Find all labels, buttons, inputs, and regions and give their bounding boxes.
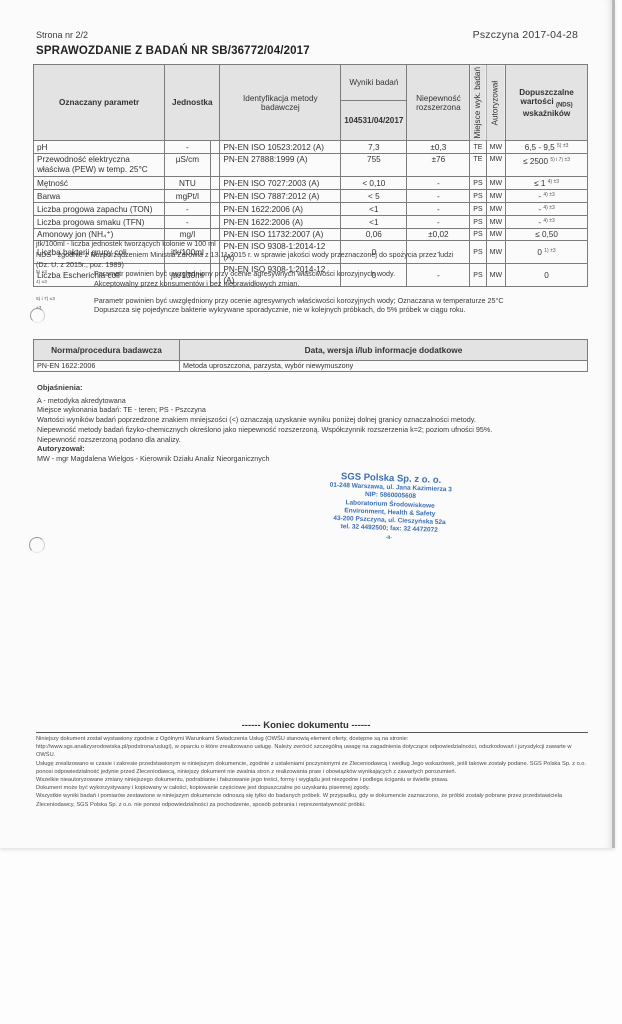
explanation-line: Miejsce wykonania badań: TE - teren; PS … [37,405,597,415]
limits-label-3: wskaźników [509,109,584,118]
explanation-line: Niepewność metody badań fizyko-chemiczny… [37,425,597,435]
table-row: MętnośćNTUPN-EN ISO 7027:2003 (A)< 0,10-… [34,177,588,190]
cell-limit: 6,5 - 9,5 5) ±3 [506,141,588,154]
cell-method: PN-EN 27888:1999 (A) [220,154,341,177]
footnote: 4) ±3Akceptowalny przez konsumentów i be… [36,279,596,288]
cell-uncertainty: - [407,177,470,190]
nds-note-2: (Dz. U. z 2015r., poz. 1989) [36,260,596,269]
cell-uncertainty: ±76 [407,154,470,177]
scanned-page: Strona nr 2/2 Pszczyna 2017-04-28 SPRAWO… [0,0,615,848]
table-row: BarwamgPt/lPN-EN ISO 7887:2012 (A)< 5-PS… [34,190,588,203]
header-authorized: Autoryzował [486,65,505,141]
limits-label-1: Dopuszczalne [509,88,584,97]
cell-uncertainty: ±0,3 [407,141,470,154]
footnote-ref: 4) ±3 [543,218,554,224]
cell-unit: - [165,203,210,216]
cell-limit: - 4) ±3 [506,203,588,216]
cell-place: PS [470,203,486,216]
divider [36,732,588,733]
end-of-document: ------ Koniec dokumentu ------ [0,720,612,731]
cell-parameter: Liczba progowa smaku (TFN) [34,216,165,229]
header-place: Miejsce wyk. badań [470,65,486,141]
cell-result: 7,3 [341,141,407,154]
company-stamp: SGS Polska Sp. z o. o. 01-248 Warszawa, … [299,470,482,546]
authorized-by: MW - mgr Magdalena Wielgos - Kierownik D… [37,454,597,464]
page-number: Strona nr 2/2 [36,30,88,40]
table-row: pH-PN-EN ISO 10523:2012 (A)7,3±0,3TEMW6,… [34,141,588,154]
cell-spacer [210,190,220,203]
cell-place: TE [470,154,486,177]
punch-hole-icon [30,308,45,323]
cell-spacer [210,154,220,177]
cell-uncertainty: - [407,203,470,216]
footnote: ±3Dopuszcza się pojedyncze bakterie wykr… [36,305,596,314]
table-row: PN-EN 1622:2006 Metoda uproszczona, parz… [34,361,588,372]
cell-method: PN-EN 1622:2006 (A) [220,203,341,216]
procedure-table: Norma/procedura badawcza Data, wersja i/… [33,339,588,372]
cell-authorized: MW [486,203,505,216]
cell-authorized: MW [486,154,505,177]
table-row: Liczba progowa zapachu (TON)-PN-EN 1622:… [34,203,588,216]
cell-place: TE [470,141,486,154]
cell-result: <1 [341,216,407,229]
table-row: Przewodność elektryczna właściwa (PEW) w… [34,154,588,177]
cell-limit: ≤ 2500 5) i 7) ±3 [506,154,588,177]
footnote-ref: 4) ±3 [543,192,554,198]
nds-note-1: NDS - zgodnie z Rozporządzeniem Ministra… [36,250,596,259]
cell-method: PN-EN ISO 7027:2003 (A) [220,177,341,190]
header-sample-id: 104531/04/2017 [341,100,407,141]
explanation-line: Wartości wyników badań poprzedzone znaki… [37,415,597,425]
cell-result: < 0,10 [341,177,407,190]
limits-label-2: wartości (NDS) [509,97,584,109]
cell-unit: µS/cm [165,154,210,177]
cfu-note: jtk/100ml - liczba jednostek tworzących … [36,239,596,248]
notes-block: jtk/100ml - liczba jednostek tworzących … [36,239,596,315]
proc-header-info: Data, wersja i/lub informacje dodatkowe [180,340,588,361]
footnote-ref: 4) ±3 [548,179,559,185]
footnote: 5) i 7) ±3Parametr powinien być uwzględn… [36,296,596,305]
footnote: 5) ±3Parametr powinien być uwzględniony … [36,269,596,278]
cell-method: PN-EN ISO 7887:2012 (A) [220,190,341,203]
header-uncertainty: Niepewność rozszerzona [407,65,470,141]
cell-place: PS [470,216,486,229]
legal-line: http://www.sgs.analizysrodowiska.pl/pods… [36,743,588,759]
table-row: Liczba progowa smaku (TFN)-PN-EN 1622:20… [34,216,588,229]
cell-unit: - [165,216,210,229]
legal-line: Usługę zrealizowano w czasie i zakresie … [36,760,588,776]
cell-method: PN-EN ISO 10523:2012 (A) [220,141,341,154]
cell-spacer [210,203,220,216]
cell-limit: ≤ 1 4) ±3 [506,177,588,190]
footnote-ref: 4) ±3 [543,205,554,211]
punch-hole-icon [29,537,45,553]
cell-place: PS [470,190,486,203]
header-method: Identyfikacja metody badawczej [220,65,341,141]
cell-authorized: MW [486,190,505,203]
header-unit: Jednostka [165,65,220,141]
explanation-line: A - metodyka akredytowana [37,396,597,406]
proc-norm: PN-EN 1622:2006 [34,361,180,372]
footnote-ref: 5) ±3 [557,143,568,149]
cell-result: <1 [341,203,407,216]
cell-uncertainty: - [407,190,470,203]
cell-result: < 5 [341,190,407,203]
cell-unit: - [165,141,210,154]
cell-authorized: MW [486,177,505,190]
cell-place: PS [470,177,486,190]
header-parameter: Oznaczany parametr [34,65,165,141]
cell-unit: mgPt/l [165,190,210,203]
cell-spacer [210,216,220,229]
cell-parameter: Barwa [34,190,165,203]
cell-unit: NTU [165,177,210,190]
legal-line: Niniejszy dokument został wystawiony zgo… [36,735,588,743]
proc-info: Metoda uproszczona, parzysta, wybór niew… [180,361,588,372]
legal-line: Wszystkie wyniki badań i pomiarów zestaw… [36,792,588,808]
cell-spacer [210,177,220,190]
header-limits: Dopuszczalne wartości (NDS) wskaźników [506,65,588,141]
legal-line: Dokument może być wykorzystywany i kopio… [36,784,588,792]
place-date: Pszczyna 2017-04-28 [473,29,578,41]
explanations-heading: Objaśnienia: [37,383,597,393]
cell-parameter: Mętność [34,177,165,190]
footnote-ref: 5) i 7) ±3 [550,157,570,163]
proc-header-norm: Norma/procedura badawcza [34,340,180,361]
cell-uncertainty: - [407,216,470,229]
header-results: Wyniki badań [341,65,407,101]
authorized-heading: Autoryzował: [37,444,597,454]
cell-parameter: Przewodność elektryczna właściwa (PEW) w… [34,154,165,177]
cell-authorized: MW [486,141,505,154]
cell-authorized: MW [486,216,505,229]
explanations: Objaśnienia: A - metodyka akredytowana M… [37,383,597,464]
cell-limit: - 4) ±3 [506,190,588,203]
legal-disclaimer: Niniejszy dokument został wystawiony zgo… [36,735,588,809]
explanation-line: Niepewność rozszerzoną podano dla analiz… [37,435,597,445]
cell-limit: - 4) ±3 [506,216,588,229]
cell-result: 755 [341,154,407,177]
legal-line: Wszelkie nieautoryzowane zmiany niniejsz… [36,776,588,784]
report-title: SPRAWOZDANIE Z BADAŃ NR SB/36772/04/2017 [36,45,310,57]
cell-method: PN-EN 1622:2006 (A) [220,216,341,229]
cell-spacer [210,141,220,154]
cell-parameter: pH [34,141,165,154]
cell-parameter: Liczba progowa zapachu (TON) [34,203,165,216]
